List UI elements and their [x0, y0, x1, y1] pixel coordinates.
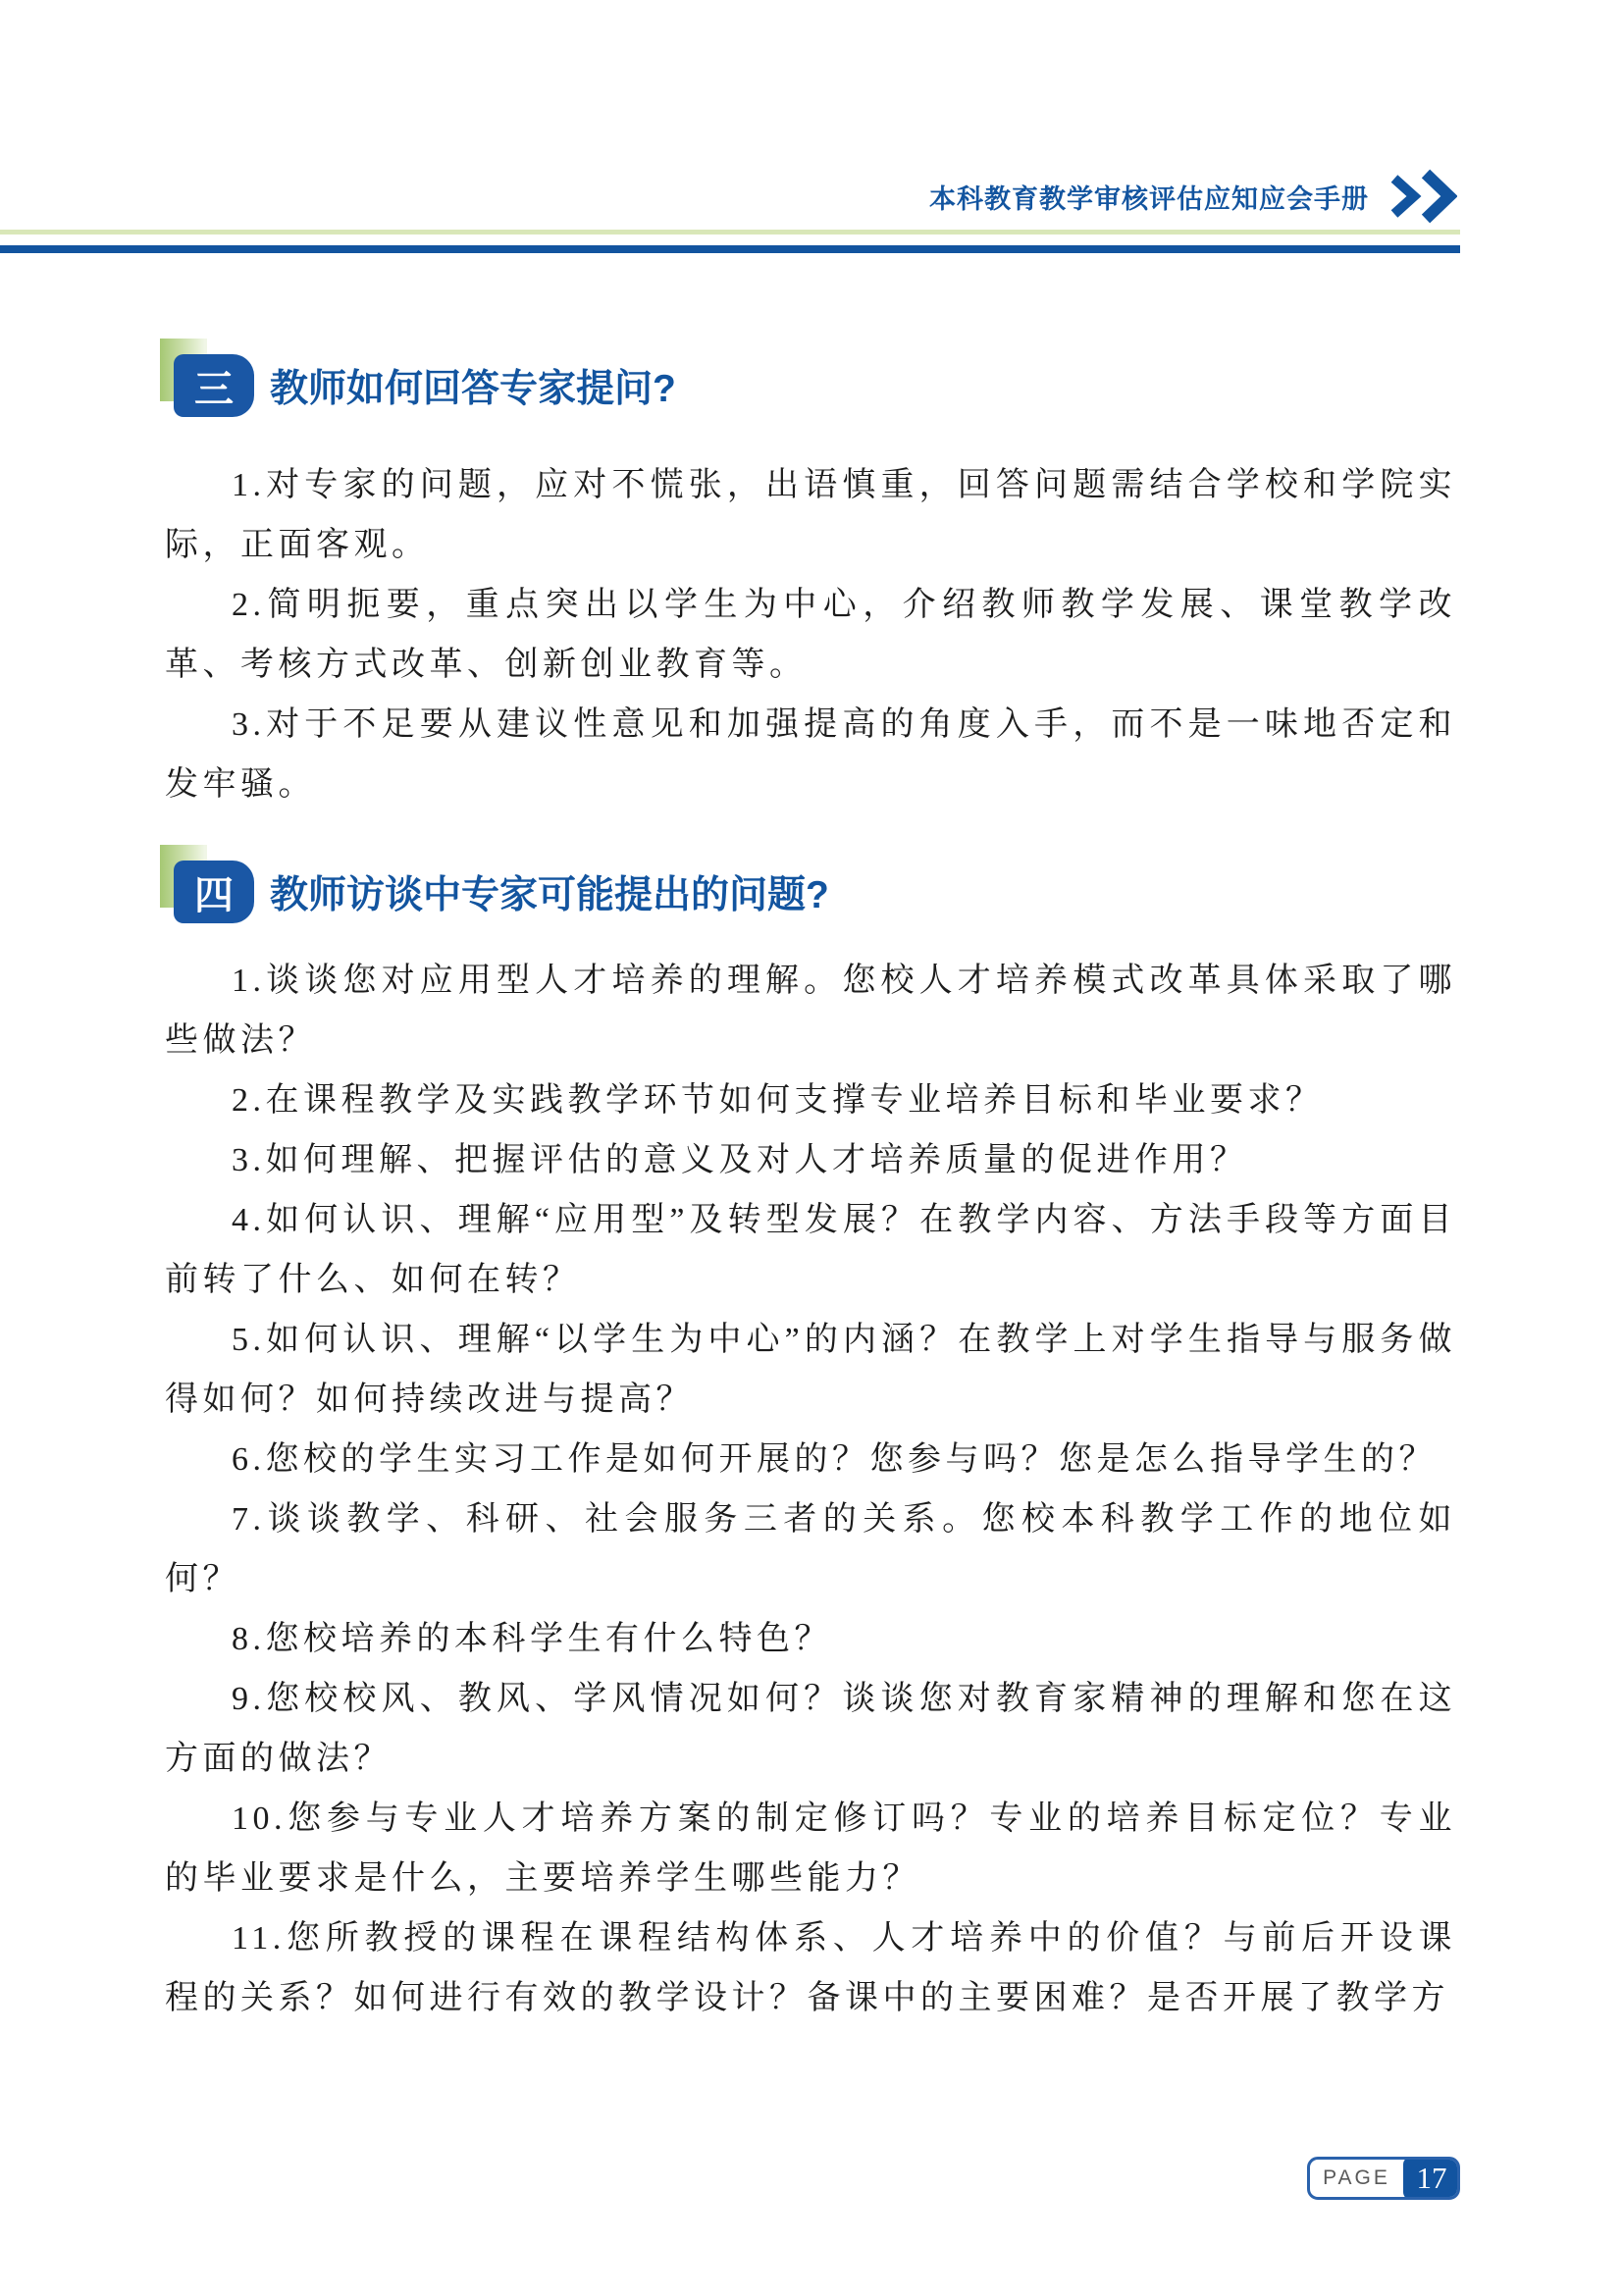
handbook-title: 本科教育教学审核评估应知应会手册	[929, 178, 1369, 216]
section-header-4: 四 教师访谈中专家可能提出的问题?	[160, 845, 1465, 943]
body-paragraph: 2.简明扼要，重点突出以学生为中心，介绍教师教学发展、课堂教学改革、考核方式改革…	[165, 575, 1456, 695]
page-number-badge: PAGE 17	[1307, 2157, 1460, 2200]
section-badge-number: 三	[194, 358, 234, 414]
section-header-3: 三 教师如何回答专家提问?	[160, 339, 1465, 437]
body-paragraph: 1.对专家的问题，应对不慌张，出语慎重，回答问题需结合学校和学院实际，正面客观。	[165, 455, 1456, 575]
header-divider-green	[0, 230, 1460, 235]
body-paragraph: 7.谈谈教学、科研、社会服务三者的关系。您校本科教学工作的地位如何？	[165, 1489, 1456, 1609]
page-header: 本科教育教学审核评估应知应会手册	[929, 169, 1457, 224]
section-badge: 三	[174, 354, 254, 417]
document-page: 本科教育教学审核评估应知应会手册 三 教师如何回答专家提问? 1.对专家的问题，…	[0, 0, 1623, 2296]
body-paragraph: 6.您校的学生实习工作是如何开展的？您参与吗？您是怎么指导学生的？	[165, 1430, 1456, 1489]
body-paragraph: 9.您校校风、教风、学风情况如何？谈谈您对教育家精神的理解和您在这方面的做法？	[165, 1669, 1456, 1789]
section-badge-number: 四	[194, 864, 234, 920]
body-paragraph: 8.您校培养的本科学生有什么特色？	[165, 1609, 1456, 1669]
page-number: 17	[1403, 2157, 1460, 2200]
body-paragraph: 3.如何理解、把握评估的意义及对人才培养质量的促进作用？	[165, 1130, 1456, 1190]
section-badge: 四	[174, 861, 254, 923]
section-title: 教师访谈中专家可能提出的问题?	[270, 861, 829, 923]
section-body-4: 1.谈谈您对应用型人才培养的理解。您校人才培养模式改革具体采取了哪些做法？2.在…	[165, 951, 1456, 2028]
double-chevron-right-icon	[1387, 168, 1457, 225]
body-paragraph: 10.您参与专业人才培养方案的制定修订吗？专业的培养目标定位？专业的毕业要求是什…	[165, 1789, 1456, 1908]
body-paragraph: 11.您所教授的课程在课程结构体系、人才培养中的价值？与前后开设课程的关系？如何…	[165, 1908, 1456, 2028]
body-paragraph: 2.在课程教学及实践教学环节如何支撑专业培养目标和毕业要求？	[165, 1070, 1456, 1130]
page-label: PAGE	[1310, 2160, 1403, 2197]
body-paragraph: 1.谈谈您对应用型人才培养的理解。您校人才培养模式改革具体采取了哪些做法？	[165, 951, 1456, 1070]
header-divider-blue	[0, 245, 1460, 253]
body-paragraph: 4.如何认识、理解“应用型”及转型发展？在教学内容、方法手段等方面目前转了什么、…	[165, 1190, 1456, 1310]
section-title: 教师如何回答专家提问?	[270, 354, 676, 417]
section-body-3: 1.对专家的问题，应对不慌张，出语慎重，回答问题需结合学校和学院实际，正面客观。…	[165, 455, 1456, 814]
body-paragraph: 3.对于不足要从建议性意见和加强提高的角度入手，而不是一味地否定和发牢骚。	[165, 695, 1456, 814]
body-paragraph: 5.如何认识、理解“以学生为中心”的内涵？在教学上对学生指导与服务做得如何？如何…	[165, 1310, 1456, 1430]
